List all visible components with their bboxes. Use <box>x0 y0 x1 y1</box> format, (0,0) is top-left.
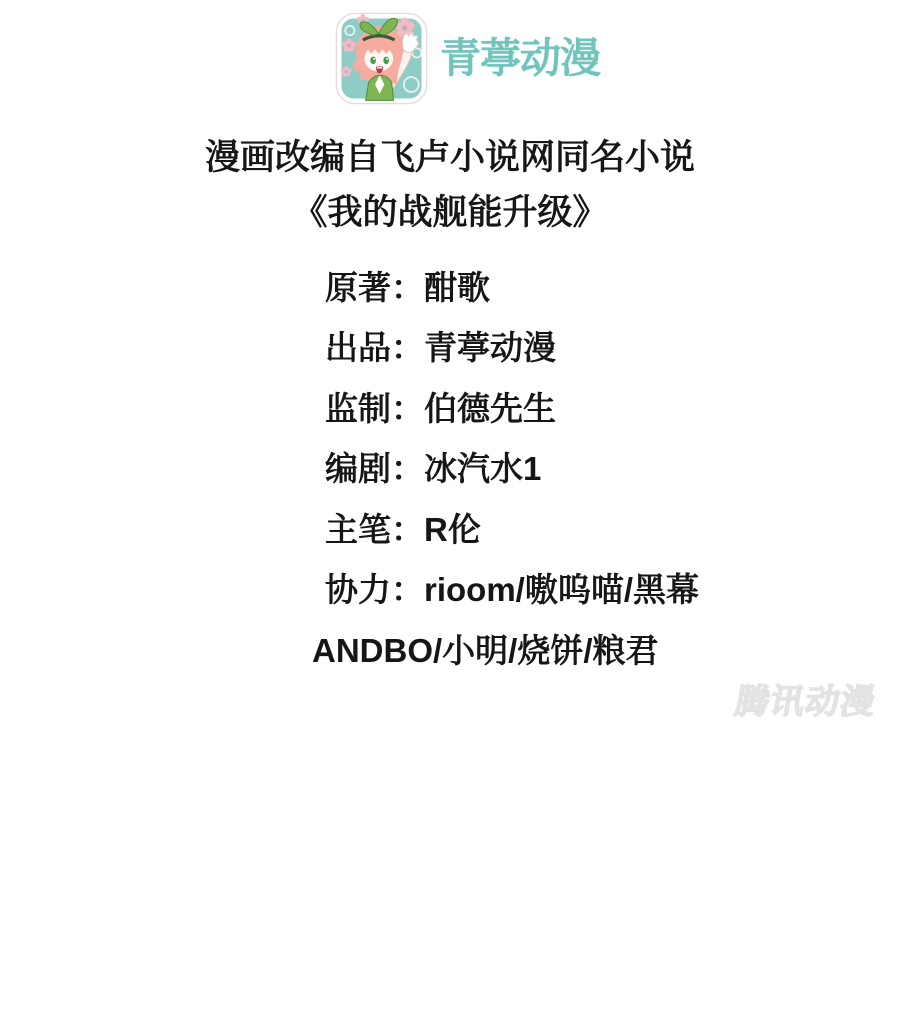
credit-line-original-author: 原著：酣歌 <box>325 255 699 316</box>
credit-line-assistance: 协力：rioom/嗷呜喵/黑幕 <box>325 558 699 619</box>
credits-list: 原著：酣歌 出品：青葶动漫 监制：伯德先生 编剧：冰汽水1 主笔：R伦 协力：r… <box>325 255 699 679</box>
credit-line-supervisor: 监制：伯德先生 <box>325 376 699 437</box>
qingting-mascot-icon <box>335 12 428 105</box>
headline: 漫画改编自飞卢小说网同名小说 《我的战舰能升级》 <box>0 130 900 240</box>
brand-name: 青葶动漫 <box>440 12 600 105</box>
brand-logo: 青葶动漫 <box>335 12 600 105</box>
credit-line-producer: 出品：青葶动漫 <box>325 316 699 377</box>
headline-line2: 《我的战舰能升级》 <box>0 185 900 240</box>
credit-line-lead-artist: 主笔：R伦 <box>325 497 699 558</box>
comic-credits-page: 青葶动漫 漫画改编自飞卢小说网同名小说 《我的战舰能升级》 原著：酣歌 出品：青… <box>0 0 900 1029</box>
credit-line-screenwriter: 编剧：冰汽水1 <box>325 437 699 498</box>
tencent-comics-watermark: 腾讯动漫 <box>732 674 881 723</box>
credit-line-assistance-continued: ANDBO/小明/烧饼/粮君 <box>312 618 699 679</box>
headline-line1: 漫画改编自飞卢小说网同名小说 <box>0 130 900 185</box>
